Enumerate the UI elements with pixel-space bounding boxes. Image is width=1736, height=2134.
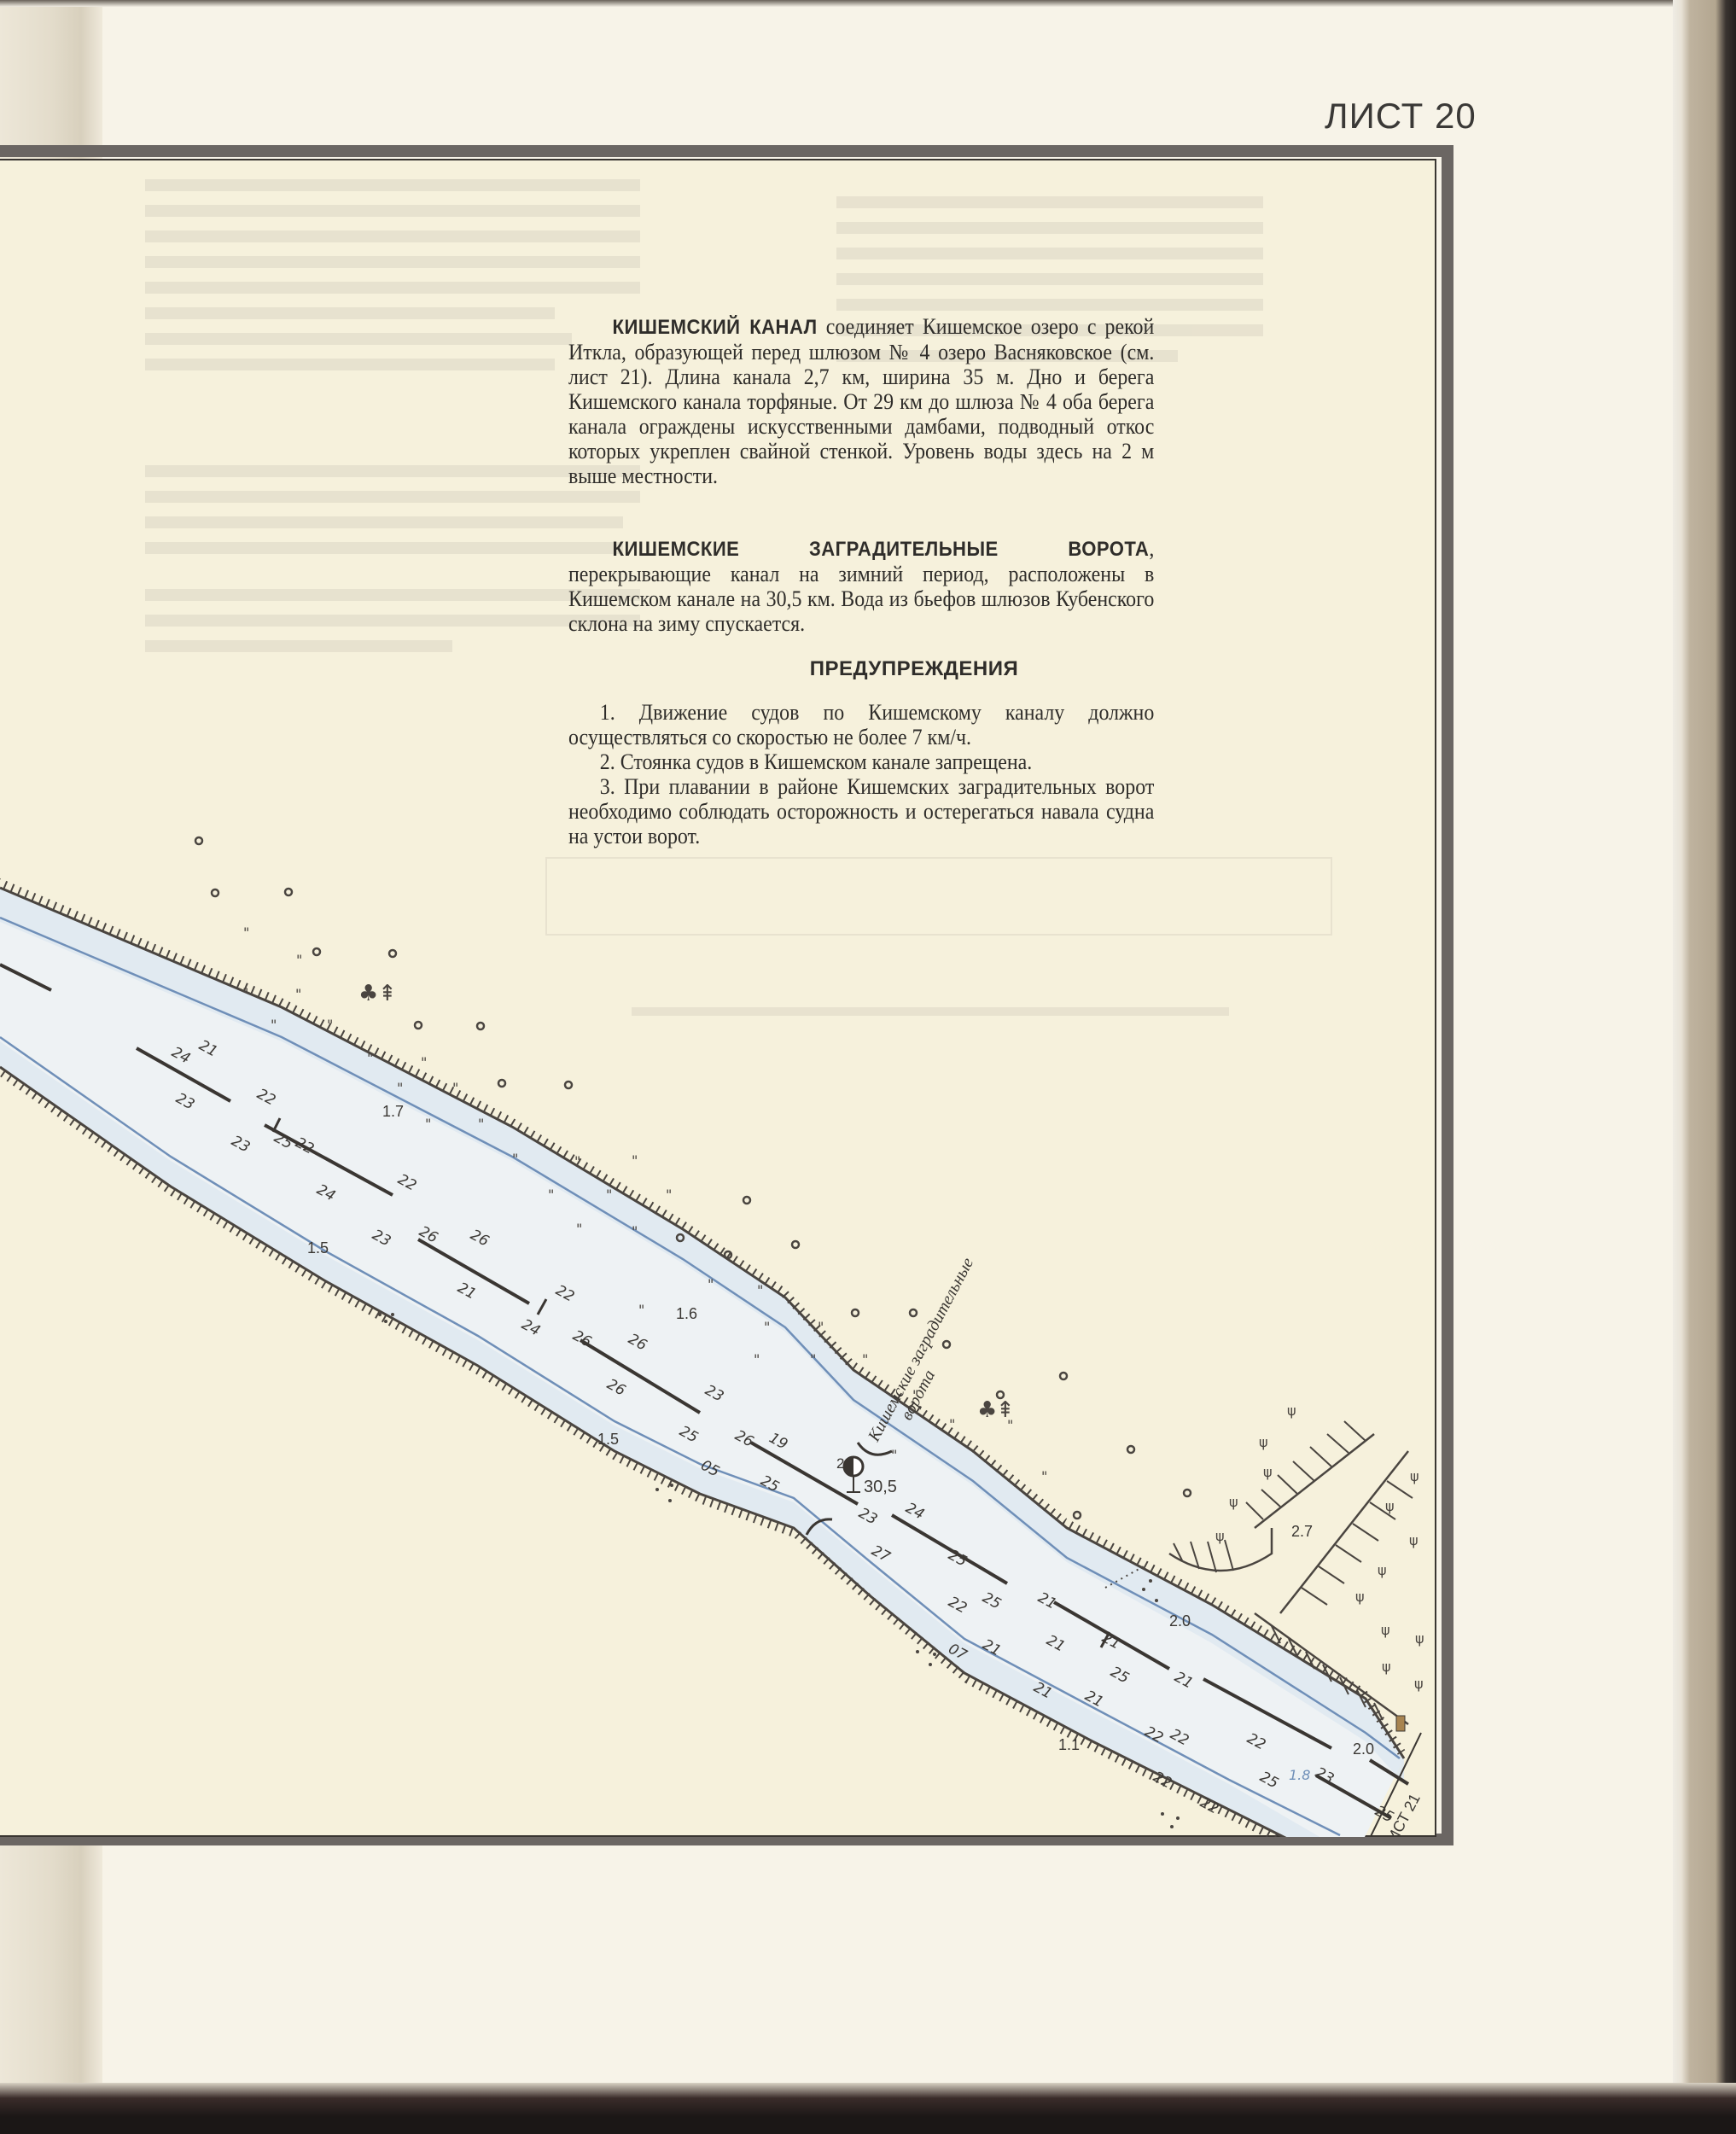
svg-text:1.6: 1.6 — [676, 1305, 697, 1322]
svg-text:2.7: 2.7 — [1291, 1523, 1313, 1540]
svg-text:ψ: ψ — [1414, 1676, 1424, 1692]
svg-text:": " — [548, 1187, 554, 1203]
canal-text: соединяет Кишемское озеро с рекой Иткла,… — [568, 314, 1154, 488]
svg-text:": " — [912, 1387, 918, 1403]
warning-item: 2. Стоянка судов в Кишемском канале запр… — [568, 749, 1154, 774]
svg-text:ψ: ψ — [1355, 1589, 1365, 1605]
svg-text:": " — [421, 1054, 427, 1070]
svg-text:": " — [949, 1416, 955, 1432]
svg-text:♣: ♣ — [977, 1397, 997, 1423]
book-bottom-edge — [0, 2083, 1736, 2134]
svg-text:ψ: ψ — [1263, 1464, 1273, 1480]
svg-text:1.5: 1.5 — [597, 1431, 619, 1448]
svg-text:": " — [862, 1351, 868, 1367]
canal-water — [0, 888, 1404, 1837]
svg-text:": " — [708, 1276, 714, 1292]
svg-text:": " — [425, 1116, 431, 1132]
warnings-title: ПРЕДУПРЕЖДЕНИЯ — [568, 657, 1260, 681]
svg-text:": " — [295, 986, 301, 1002]
svg-text:": " — [271, 1017, 277, 1033]
svg-text:": " — [243, 924, 249, 941]
svg-text:ψ: ψ — [1381, 1622, 1390, 1638]
canal-heading: КИШЕМСКИЙ КАНАЛ — [613, 316, 818, 339]
svg-text:1.8: 1.8 — [1289, 1767, 1310, 1783]
svg-text:1.5: 1.5 — [307, 1239, 329, 1256]
svg-text:": " — [574, 1153, 580, 1169]
svg-text:ψ: ψ — [1378, 1562, 1387, 1578]
svg-text:": " — [327, 1017, 333, 1033]
svg-text:": " — [397, 1080, 403, 1096]
svg-text:": " — [764, 1319, 770, 1335]
beacon-icon — [1396, 1716, 1405, 1731]
svg-text:": " — [606, 1187, 612, 1203]
svg-text:": " — [478, 1116, 484, 1132]
gates-description: КИШЕМСКИЕ ЗАГРАДИТЕЛЬНЫЕ ВОРОТА, перекры… — [568, 536, 1154, 636]
svg-text:⇞: ⇞ — [996, 1397, 1015, 1423]
warnings-list: 1. Движение судов по Кишемскому каналу д… — [568, 700, 1154, 848]
svg-text:ψ: ψ — [1259, 1434, 1268, 1450]
svg-text:": " — [810, 1351, 816, 1367]
svg-text:2.0: 2.0 — [1353, 1740, 1374, 1758]
svg-text:": " — [666, 1187, 672, 1203]
svg-text:": " — [512, 1151, 518, 1167]
canal-description: КИШЕМСКИЙ КАНАЛ соединяет Кишемское озер… — [568, 314, 1154, 488]
svg-text:ψ: ψ — [1385, 1498, 1395, 1514]
svg-text:1.1: 1.1 — [1058, 1736, 1080, 1753]
svg-text:": " — [296, 952, 302, 968]
svg-text:2.0: 2.0 — [1169, 1612, 1191, 1630]
svg-text:ψ: ψ — [1410, 1468, 1419, 1484]
svg-text:": " — [576, 1221, 582, 1237]
sheet-number-label: ЛИСТ 20 — [1325, 96, 1477, 137]
svg-text:": " — [1041, 1468, 1047, 1484]
svg-text:": " — [367, 1050, 373, 1066]
gates-heading: КИШЕМСКИЕ ЗАГРАДИТЕЛЬНЫЕ ВОРОТА — [613, 538, 1150, 561]
svg-text:": " — [452, 1080, 458, 1096]
svg-text:ψ: ψ — [1409, 1532, 1419, 1548]
svg-text:30,5: 30,5 — [864, 1478, 897, 1496]
svg-text:": " — [891, 1447, 897, 1463]
svg-text:ψ: ψ — [1215, 1528, 1225, 1544]
svg-text:♣: ♣ — [358, 981, 378, 1006]
svg-text:ψ: ψ — [1229, 1494, 1238, 1510]
svg-text:1.7: 1.7 — [382, 1103, 404, 1120]
svg-text:": " — [757, 1282, 763, 1298]
svg-text:ψ: ψ — [1287, 1402, 1296, 1419]
svg-text:": " — [818, 1319, 824, 1335]
svg-text:2: 2 — [836, 1455, 844, 1472]
svg-text:": " — [638, 1302, 644, 1318]
svg-text:": " — [632, 1223, 638, 1239]
svg-text:": " — [754, 1351, 760, 1367]
svg-text:": " — [632, 1152, 638, 1169]
warning-item: 3. При плавании в районе Кишемских загра… — [568, 774, 1154, 848]
warning-item: 1. Движение судов по Кишемскому каналу д… — [568, 700, 1154, 749]
svg-text:⇞: ⇞ — [378, 981, 397, 1006]
page-top-shadow — [0, 0, 1673, 7]
svg-text:ψ: ψ — [1382, 1659, 1391, 1675]
book-page-edges — [1673, 0, 1736, 2134]
svg-text:": " — [242, 985, 248, 1001]
svg-text:ψ: ψ — [1415, 1630, 1424, 1647]
